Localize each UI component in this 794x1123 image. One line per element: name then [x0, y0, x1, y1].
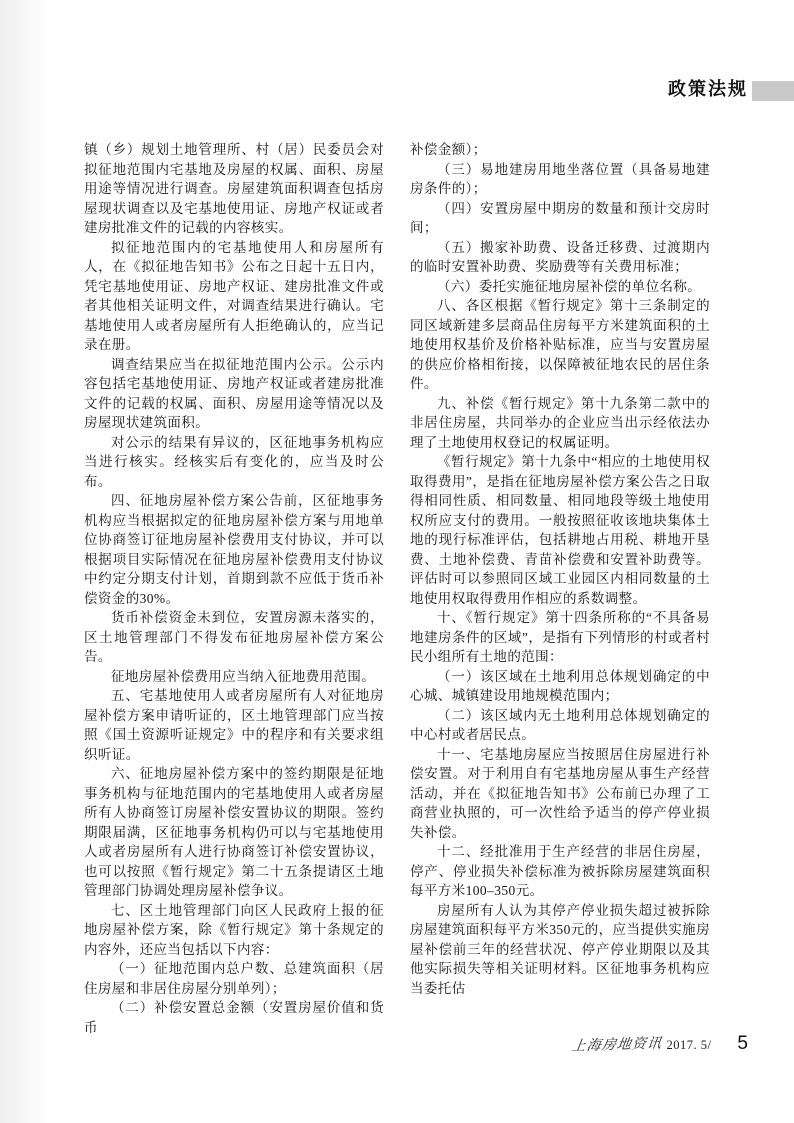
paragraph: 补偿金额）；	[410, 140, 710, 160]
issue-label: 2017. 5/	[666, 1038, 711, 1053]
paragraph: 十一、宅基地房屋应当按照居住房屋进行补偿安置。对于利用自有宅基地房屋从事生产经营…	[410, 745, 710, 843]
paragraph: 《暂行规定》第十九条中“相应的土地使用权取得费用”，是指在征地房屋补偿方案公告之…	[410, 452, 710, 608]
page-header: 政策法规	[0, 78, 794, 104]
paragraph: （二）该区域内无土地利用总体规划确定的中心村或者居民点。	[410, 706, 710, 745]
paragraph: 四、征地房屋补偿方案公告前，区征地事务机构应当根据拟定的征地房屋补偿方案与用地单…	[84, 491, 384, 608]
paragraph: 九、补偿《暂行规定》第十九条第二款中的非居住房屋，共同举办的企业应当出示经依法办…	[410, 394, 710, 453]
paragraph: 货币补偿资金未到位，安置房源未落实的，区土地管理部门不得发布征地房屋补偿方案公告…	[84, 608, 384, 667]
paragraph: （五）搬家补助费、设备迁移费、过渡期内的临时安置补助费、奖励费等有关费用标准；	[410, 238, 710, 277]
paragraph: 镇（乡）规划土地管理所、村（居）民委员会对拟征地范围内宅基地及房屋的权属、面积、…	[84, 140, 384, 238]
paragraph: 十、《暂行规定》第十四条所称的“不具备易地建房条件的区域”，是指有下列情形的村或…	[410, 608, 710, 667]
paragraph: 征地房屋补偿费用应当纳入征地费用范围。	[84, 667, 384, 687]
paragraph: 拟征地范围内的宅基地使用人和房屋所有人，在《拟征地告知书》公布之日起十五日内，凭…	[84, 238, 384, 355]
paragraph: （二）补偿安置总金额（安置房屋价值和货币	[84, 998, 384, 1037]
paragraph: （三）易地建房用地坐落位置（具备易地建房条件的）；	[410, 160, 710, 199]
page-number: 5	[737, 1033, 748, 1055]
section-title: 政策法规	[668, 78, 748, 100]
paragraph: 十二、经批准用于生产经营的非居住房屋，停产、停业损失补偿标准为被拆除房屋建筑面积…	[410, 842, 710, 901]
right-column: 补偿金额）；（三）易地建房用地坐落位置（具备易地建房条件的）；（四）安置房屋中期…	[410, 140, 710, 1037]
paragraph: 对公示的结果有异议的，区征地事务机构应当进行核实。经核实后有变化的，应当及时公布…	[84, 433, 384, 492]
article-body: 镇（乡）规划土地管理所、村（居）民委员会对拟征地范围内宅基地及房屋的权属、面积、…	[84, 140, 710, 1037]
left-column: 镇（乡）规划土地管理所、村（居）民委员会对拟征地范围内宅基地及房屋的权属、面积、…	[84, 140, 384, 1037]
paragraph: 八、各区根据《暂行规定》第十三条制定的同区域新建多层商品住房每平方米建筑面积的土…	[410, 296, 710, 394]
page-footer: 上海房地资讯 2017. 5/ 5	[572, 1033, 748, 1055]
paragraph: （一）该区域在土地利用总体规划确定的中心城、城镇建设用地规模范围内；	[410, 667, 710, 706]
section-accent-bar	[752, 81, 794, 101]
document-page: 政策法规 镇（乡）规划土地管理所、村（居）民委员会对拟征地范围内宅基地及房屋的权…	[0, 0, 794, 1123]
paragraph: 五、宅基地使用人或者房屋所有人对征地房屋补偿方案申请听证的，区土地管理部门应当按…	[84, 686, 384, 764]
paragraph: 调查结果应当在拟征地范围内公示。公示内容包括宅基地使用证、房地产权证或者建房批准…	[84, 355, 384, 433]
journal-logo: 上海房地资讯	[571, 1032, 664, 1055]
paragraph: （四）安置房屋中期房的数量和预计交房时间；	[410, 199, 710, 238]
paragraph: （一）征地范围内总户数、总建筑面积（居住房屋和非居住房屋分别单列）；	[84, 959, 384, 998]
paragraph: （六）委托实施征地房屋补偿的单位名称。	[410, 277, 710, 297]
paragraph: 房屋所有人认为其停产停业损失超过被拆除房屋建筑面积每平方米350元的，应当提供实…	[410, 901, 710, 999]
paragraph: 六、征地房屋补偿方案中的签约期限是征地事务机构与征地范围内的宅基地使用人或者房屋…	[84, 764, 384, 901]
paragraph: 七、区土地管理部门向区人民政府上报的征地房屋补偿方案，除《暂行规定》第十条规定的…	[84, 901, 384, 960]
